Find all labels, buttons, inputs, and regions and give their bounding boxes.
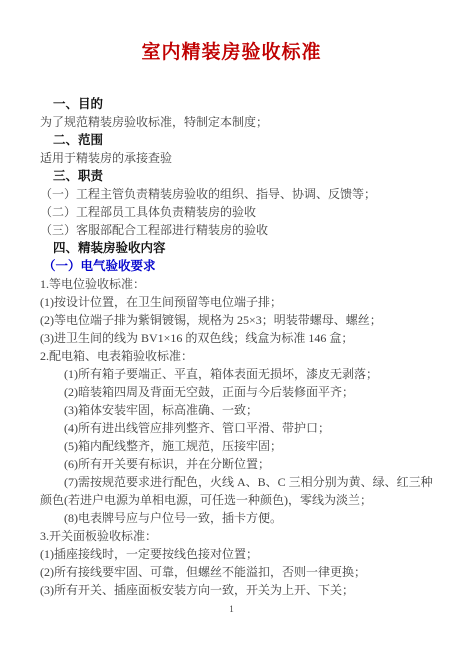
paragraph-line: (2)所有接线要牢固、可靠，但螺丝不能溢扣，否则一律更换； — [40, 563, 433, 581]
electrical-subheading: （一）电气验收要求 — [40, 257, 433, 275]
paragraph-line: （二）工程部员工具体负责精装房的验收 — [40, 203, 433, 221]
indented-list-item: (4)所有进出线管应排列整齐、管口平滑、带护口； — [40, 419, 433, 437]
indented-list-item: (2)暗装箱四周及背面无空鼓，正面与今后装修面平齐； — [40, 383, 433, 401]
indented-list-item: (6)所有开关要有标识，并在分断位置； — [40, 455, 433, 473]
section-heading: 二、范围 — [40, 131, 433, 149]
paragraph-line: (3)所有开关、插座面板安装方向一致，开关为上开、下关； — [40, 581, 433, 599]
paragraph-line: （一）工程主管负责精装房验收的组织、指导、协调、反馈等； — [40, 185, 433, 203]
paragraph-line: 为了规范精装房验收标准，特制定本制度； — [40, 113, 433, 131]
paragraph-line: (1)按设计位置，在卫生间预留等电位端子排； — [40, 293, 433, 311]
indented-list-item: (7)需按规范要求进行配色，火线 A、B、C 三相分别为黄、绿、红三种颜色(若进… — [40, 473, 433, 509]
paragraph-line: 适用于精装房的承接查验 — [40, 149, 433, 167]
page-number: 1 — [0, 603, 463, 615]
document-body: 一、目的为了规范精装房验收标准，特制定本制度；二、范围适用于精装房的承接查验三、… — [40, 95, 433, 599]
indented-list-item: (3)箱体安装牢固，标高准确、一致； — [40, 401, 433, 419]
paragraph-line: 1.等电位验收标准： — [40, 275, 433, 293]
indented-list-item: (5)箱内配线整齐，施工规范，压接牢固； — [40, 437, 433, 455]
paragraph-line: (1)插座接线时，一定要按线色接对位置； — [40, 545, 433, 563]
paragraph-line: 2.配电箱、电表箱验收标准： — [40, 347, 433, 365]
section-heading: 三、职责 — [40, 167, 433, 185]
paragraph-line: (2)等电位端子排为紫铜镀锡，规格为 25×3；明装带螺母、螺丝； — [40, 311, 433, 329]
document-title: 室内精装房验收标准 — [0, 42, 463, 64]
document-page: 室内精装房验收标准 一、目的为了规范精装房验收标准，特制定本制度；二、范围适用于… — [0, 0, 463, 655]
paragraph-line: 3.开关面板验收标准： — [40, 527, 433, 545]
section-heading: 一、目的 — [40, 95, 433, 113]
section-heading: 四、精装房验收内容 — [40, 239, 433, 257]
indented-list-item: (1)所有箱子要端正、平直，箱体表面无损坏，漆皮无剥落； — [40, 365, 433, 383]
paragraph-line: （三）客服部配合工程部进行精装房的验收 — [40, 221, 433, 239]
paragraph-line: (3)进卫生间的线为 BV1×16 的双色线；线盒为标准 146 盒； — [40, 329, 433, 347]
indented-list-item: (8)电表牌号应与户位号一致，插卡方便。 — [40, 509, 433, 527]
